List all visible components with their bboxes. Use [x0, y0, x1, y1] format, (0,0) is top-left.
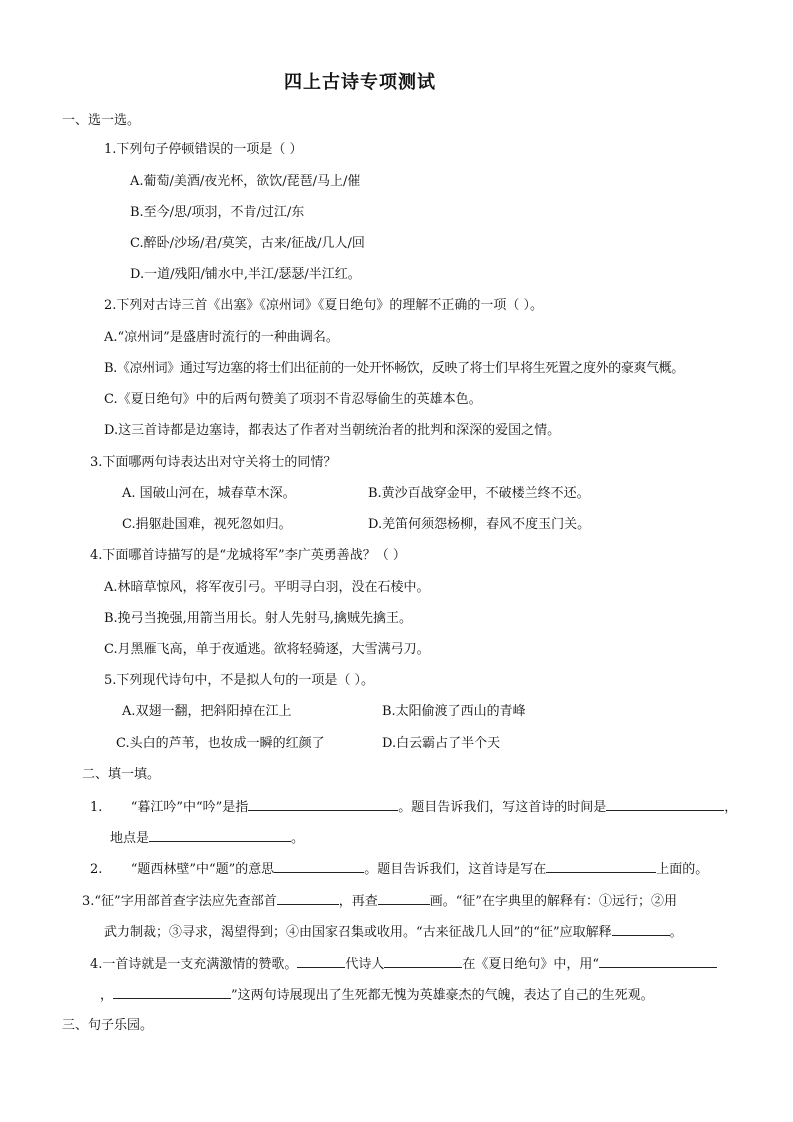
fill-q3-text-5: 。: [670, 925, 683, 940]
page-title: 四上古诗专项测试: [284, 74, 436, 92]
fill-q1-number: 1.: [90, 800, 102, 815]
question-2-stem: 2.下列对古诗三首《出塞》《凉州词》《夏日绝句》的理解不正确的一项（ ）。: [104, 297, 543, 315]
fill-q3-blank-1[interactable]: [277, 891, 339, 905]
fill-q3-text-4: 武力制裁；③寻求，渴望得到；④由国家召集或收用。“古来征战几人回”的“征”应取解…: [104, 925, 612, 940]
fill-q1-blank-3[interactable]: [149, 828, 291, 842]
q5-option-a: A.双翅一翻，把斜阳掉在江上: [122, 703, 292, 721]
fill-q4-text-4: ，: [100, 988, 113, 1003]
q1-option-c: C.醉卧/沙场/君/莫笑，古来/征战/几人/回: [130, 235, 365, 253]
fill-q4-text-5: ”这两句诗展现出了生死都无愧为英雄豪杰的气魄，表达了自己的生死观。: [231, 988, 654, 1003]
section-heading-choose: 一、选一选。: [62, 112, 140, 130]
fill-q4-blank-4[interactable]: [113, 985, 231, 999]
q4-option-b: B.挽弓当挽强,用箭当用长。射人先射马,擒贼先擒王。: [104, 610, 412, 628]
fill-q2-text-3: 上面的。: [656, 862, 708, 877]
fill-q2-blank-2[interactable]: [546, 859, 656, 873]
q4-option-a: A.林暗草惊风，将军夜引弓。平明寻白羽，没在石棱中。: [104, 579, 430, 597]
fill-q4-blank-3[interactable]: [599, 954, 717, 968]
q3-option-a: A. 国破山河在，城春草木深。: [122, 485, 296, 503]
fill-q3-text-2: ，再查: [339, 894, 378, 909]
fill-q1-blank-2[interactable]: [606, 797, 724, 811]
fill-question-4-cont: ，”这两句诗展现出了生死都无愧为英雄豪杰的气魄，表达了自己的生死观。: [100, 985, 654, 1005]
fill-q1-text-5: 。: [291, 831, 304, 846]
fill-q2-number: 2.: [90, 862, 102, 877]
fill-q1-text-3: ，: [724, 800, 737, 815]
fill-q1-text-1: “暮江吟”中“吟”是指: [131, 800, 249, 815]
q4-option-c: C.月黑雁飞高，单于夜遁逃。欲将轻骑逐，大雪满弓刀。: [104, 641, 430, 659]
question-1-stem: 1.下列句子停顿错误的一项是（ ）: [104, 141, 303, 159]
section-heading-sentences: 三、句子乐园。: [62, 1017, 153, 1035]
q1-option-a: A.葡萄/美酒/夜光杯，欲饮/琵琶/马上/催: [130, 173, 360, 191]
fill-question-4: 4.一首诗就是一支充满激情的赞歌。代诗人在《夏日绝句》中，用“: [90, 954, 717, 974]
fill-q1-text-4: 地点是: [110, 831, 149, 846]
q2-option-c: C.《夏日绝句》中的后两句赞美了项羽不肯忍辱偷生的英雄本色。: [104, 391, 482, 409]
fill-q4-text-2: 代诗人: [345, 957, 384, 972]
fill-q4-blank-2[interactable]: [384, 954, 462, 968]
q5-option-b: B.太阳偷渡了西山的青峰: [382, 703, 526, 721]
fill-question-3-cont: 武力制裁；③寻求，渴望得到；④由国家召集或收用。“古来征战几人回”的“征”应取解…: [104, 922, 683, 942]
section-heading-fill: 二、填一填。: [82, 766, 160, 784]
fill-q4-text-1: 4.一首诗就是一支充满激情的赞歌。: [90, 957, 297, 972]
fill-q4-blank-1[interactable]: [297, 954, 345, 968]
fill-q3-text-3: 画。“征”在字典里的解释有：①远行；②用: [430, 894, 677, 909]
fill-question-1-cont: 地点是。: [110, 828, 304, 848]
q1-option-b: B.至今/思/项羽，不肯/过江/东: [130, 204, 304, 222]
question-4-stem: 4.下面哪首诗描写的是“龙城将军”李广英勇善战？（ ）: [90, 547, 406, 565]
fill-question-1: 1. “暮江吟”中“吟”是指。题目告诉我们，写这首诗的时间是，: [90, 797, 737, 817]
question-5-stem: 5.下列现代诗句中，不是拟人句的一项是（ ）。: [104, 672, 374, 690]
fill-q3-text-1: 3.“征”字用部首查字法应先查部首: [82, 894, 277, 909]
q3-option-c: C.捐躯赴国难，视死忽如归。: [122, 516, 292, 534]
question-3-stem: 3.下面哪两句诗表达出对守关将士的同情？: [90, 454, 336, 472]
q3-option-b: B.黄沙百战穿金甲，不破楼兰终不还。: [368, 485, 590, 503]
fill-q3-blank-2[interactable]: [378, 891, 430, 905]
q2-option-d: D.这三首诗都是边塞诗，都表达了作者对当朝统治者的批判和深深的爱国之情。: [104, 422, 560, 440]
q2-option-b: B.《凉州词》通过写边塞的将士们出征前的一处开怀畅饮，反映了将士们早将生死置之度…: [104, 360, 684, 378]
fill-q2-text-1: “题西林壁”中“题”的意思: [131, 862, 275, 877]
fill-q2-text-2: 。题目告诉我们，这首诗是写在: [364, 862, 546, 877]
fill-q1-text-2: 。题目告诉我们，写这首诗的时间是: [398, 800, 606, 815]
fill-q4-text-3: 在《夏日绝句》中，用“: [462, 957, 599, 972]
q5-option-c: C.头白的芦苇，也妆成一瞬的红颜了: [116, 735, 325, 753]
q5-option-d: D.白云霸占了半个天: [382, 735, 500, 753]
fill-q1-blank-1[interactable]: [248, 797, 398, 811]
fill-q3-blank-3[interactable]: [612, 922, 670, 936]
fill-q2-blank-1[interactable]: [274, 859, 364, 873]
fill-question-2: 2. “题西林壁”中“题”的意思。题目告诉我们，这首诗是写在上面的。: [90, 859, 708, 879]
q1-option-d: D.一道/残阳/铺水中,半江/瑟瑟/半江红。: [130, 266, 361, 284]
q3-option-d: D.羌笛何须怨杨柳，春风不度玉门关。: [368, 516, 590, 534]
q2-option-a: A.“凉州词”是盛唐时流行的一种曲调名。: [104, 329, 339, 347]
fill-question-3: 3.“征”字用部首查字法应先查部首，再查画。“征”在字典里的解释有：①远行；②用: [82, 891, 677, 911]
